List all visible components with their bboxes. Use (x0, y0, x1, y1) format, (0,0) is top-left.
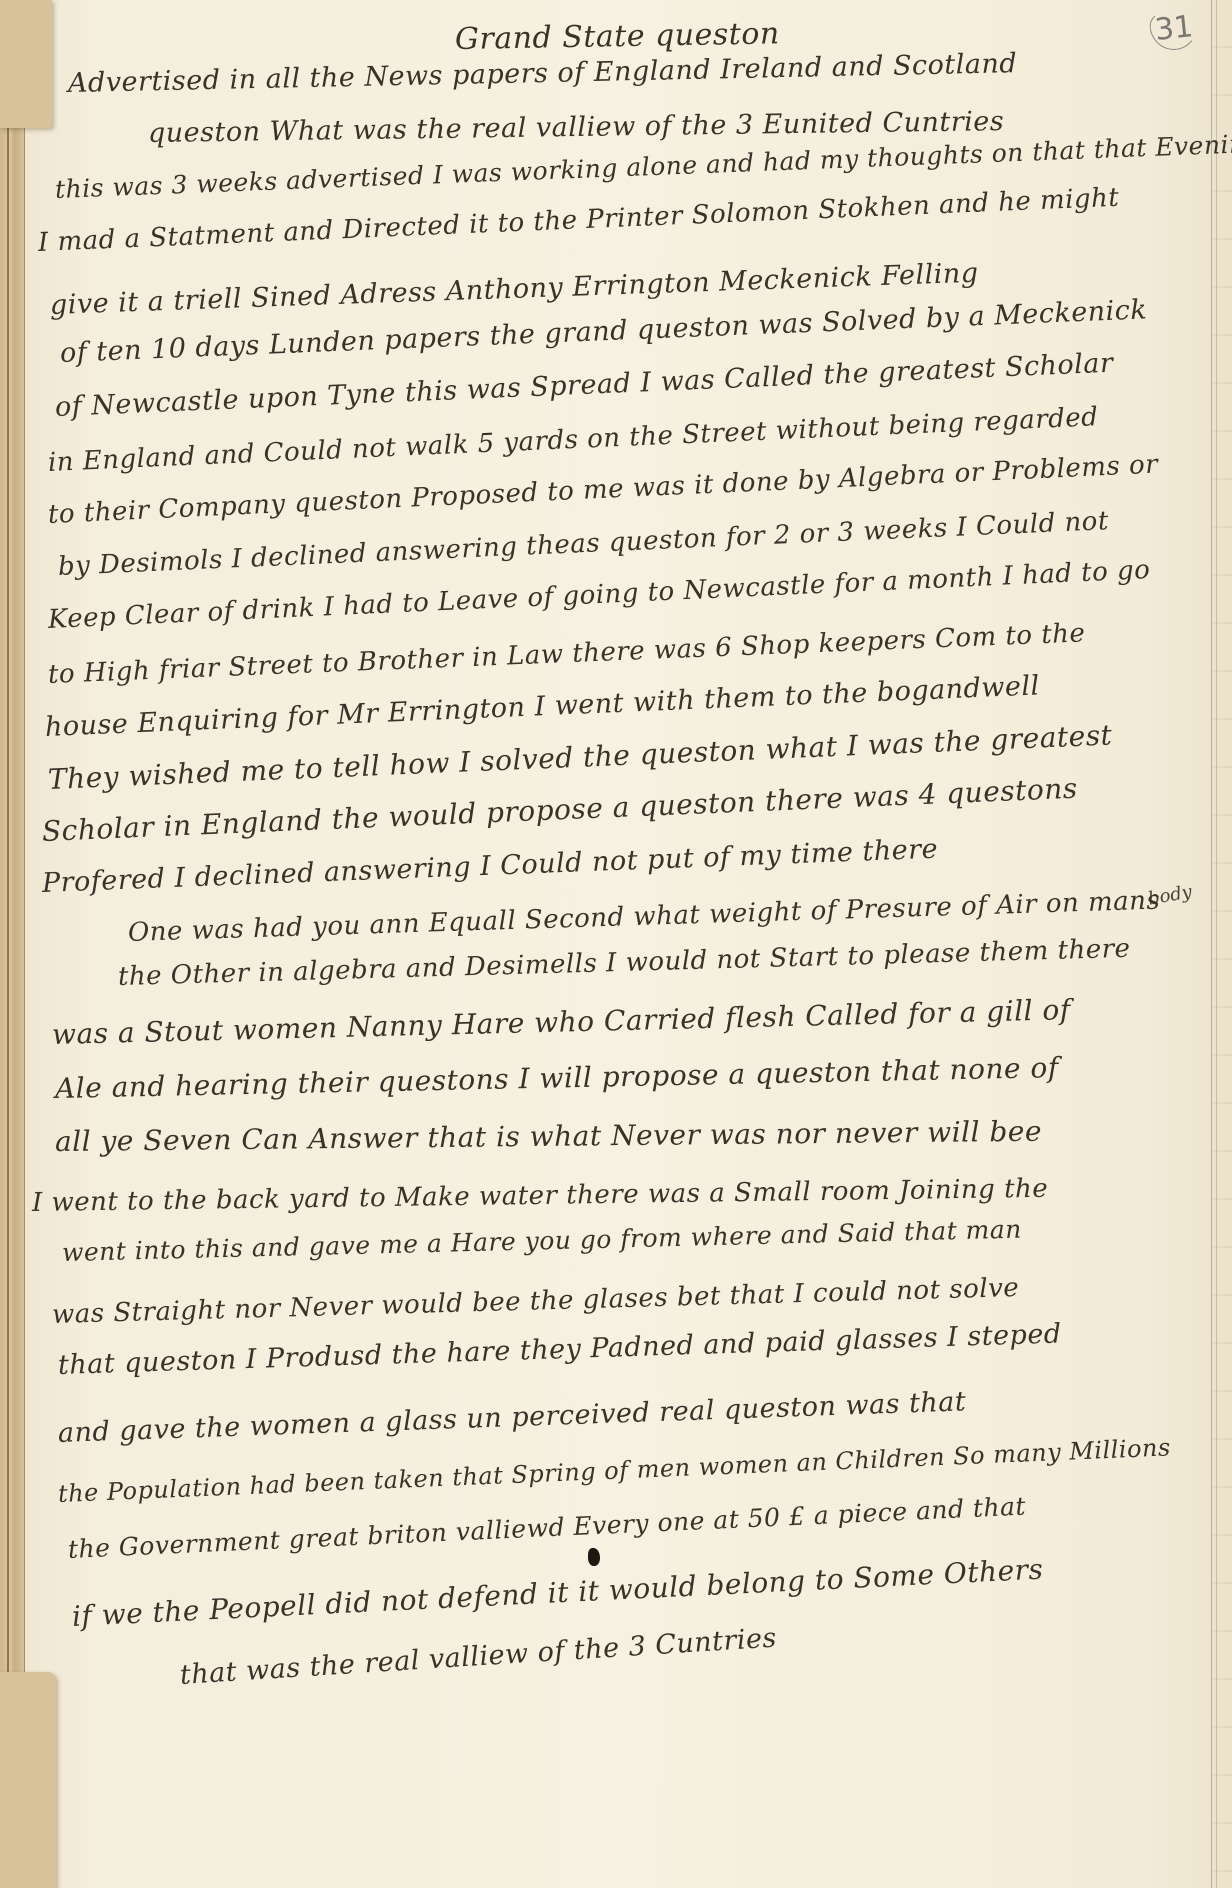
ink-blot (588, 1548, 600, 1566)
document-title: Grand State queston (455, 16, 780, 57)
binding-tab-bottom (0, 1672, 56, 1888)
binding-tab-top (0, 0, 52, 128)
binding-strip (0, 0, 25, 1888)
page-stack-edge (1211, 0, 1232, 1888)
binding-stitch-line (7, 120, 9, 1770)
